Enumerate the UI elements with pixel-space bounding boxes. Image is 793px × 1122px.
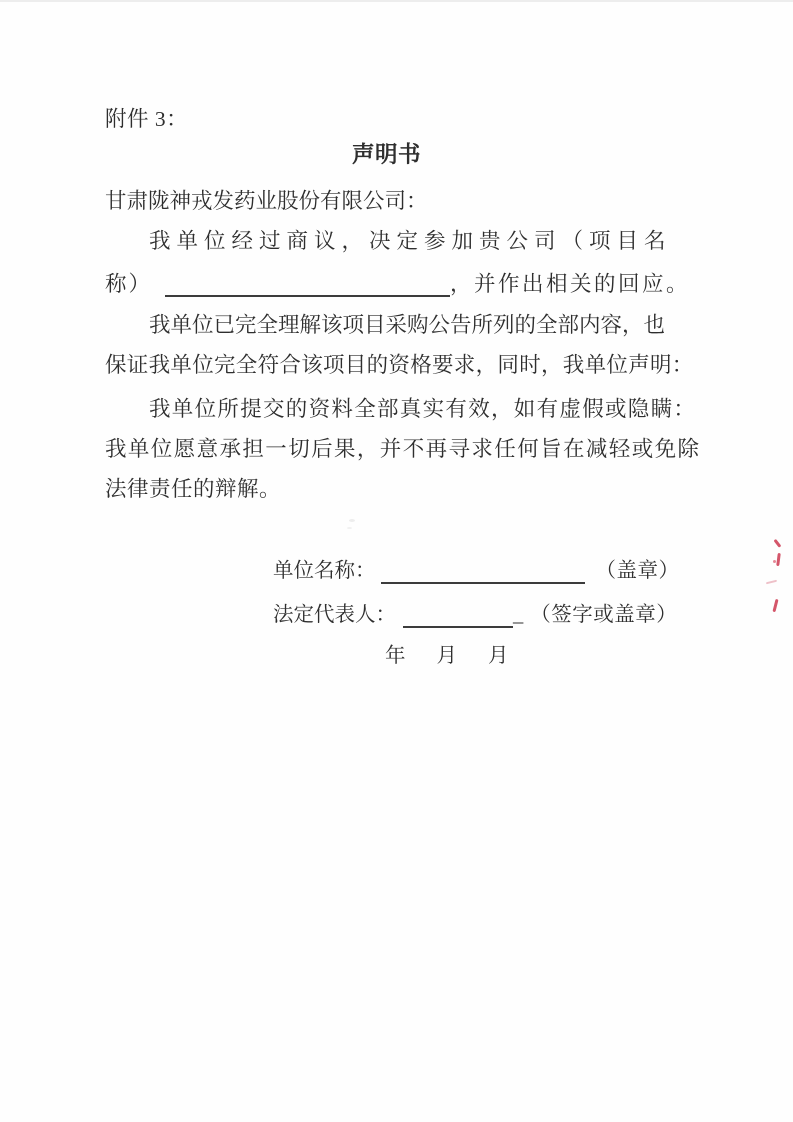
paragraph1-line2: 称），并作出相关的回应。 [105, 270, 690, 297]
paragraph3-line1: 我单位所提交的资料全部真实有效，如有虚假或隐瞒： [149, 397, 696, 422]
paragraph3-line3: 法律责任的辩解。 [105, 477, 281, 502]
company-seal-note: （盖章） [596, 560, 680, 582]
paragraph1-line1: 我单位经过商议，决定参加贵公司（项目名 [149, 229, 672, 254]
paragraph2-line2: 保证我单位完全符合该项目的资格要求，同时，我单位声明： [105, 353, 694, 378]
legal-representative-label: 法定代表人： [273, 604, 396, 626]
attachment-label: 附件 3： [105, 107, 188, 132]
red-ink-mark-4 [772, 599, 778, 612]
red-ink-mark-2 [776, 553, 780, 566]
date-year-label: 年 [385, 645, 406, 667]
company-name-blank-line [381, 556, 585, 584]
paragraph2-line1: 我单位已完全理解该项目采购公告所列的全部内容，也 [149, 313, 665, 338]
scan-edge-artifact [0, 0, 793, 2]
red-ink-mark-1 [773, 539, 781, 548]
representative-seal-note: （签字或盖章） [530, 604, 677, 626]
scan-smudge-artifact [349, 519, 355, 522]
project-name-blank-line [165, 270, 450, 297]
document-title: 声明书 [352, 142, 421, 167]
company-name-label: 单位名称： [273, 560, 376, 582]
date-month1-label: 月 [437, 645, 458, 667]
date-month2-label: 月 [488, 645, 509, 667]
red-ink-mark-3 [766, 580, 777, 585]
paragraph3-line2: 我单位愿意承担一切后果，并不再寻求任何旨在减轻或免除 [105, 437, 700, 462]
signature-representative-row: 法定代表人：_（签字或盖章） [273, 600, 677, 628]
representative-blank-line [403, 600, 513, 628]
representative-underscore: _ [513, 604, 523, 626]
salutation-company-name: 甘肃陇神戎发药业股份有限公司： [105, 189, 428, 214]
date-row: 年月月 [385, 643, 509, 669]
paragraph1-line2-prefix: 称） [105, 272, 152, 296]
red-ink-mark-2-dot [773, 560, 776, 563]
scanned-declaration-document: 附件 3： 声明书 甘肃陇神戎发药业股份有限公司： 我单位经过商议，决定参加贵公… [0, 0, 793, 1122]
paragraph1-line2-suffix: ，并作出相关的回应。 [450, 272, 690, 296]
signature-company-row: 单位名称：（盖章） [273, 556, 680, 584]
scan-smudge-artifact-2 [347, 527, 352, 529]
